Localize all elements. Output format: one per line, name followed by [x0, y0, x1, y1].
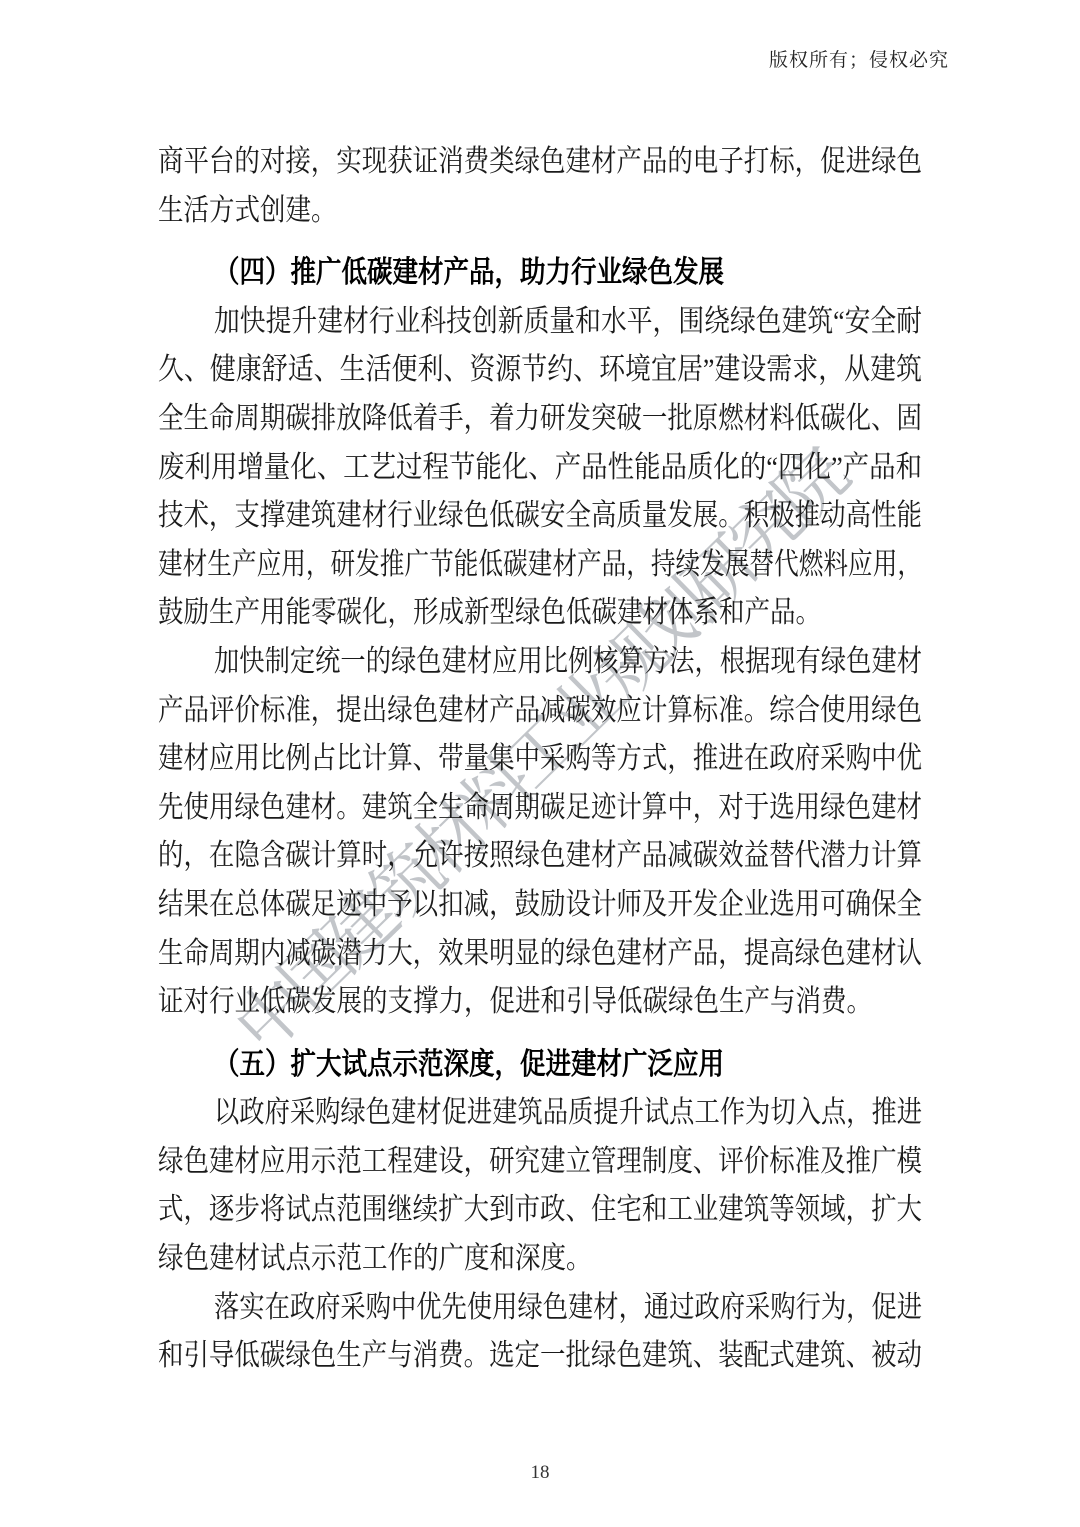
text-line: 鼓励生产用能零碳化，形成新型绿色低碳建材体系和产品。 [158, 589, 922, 638]
text-line: 落实在政府采购中优先使用绿色建材，通过政府采购行为，促进 [158, 1284, 922, 1333]
paragraph: 以政府采购绿色建材促进建筑品质提升试点工作为切入点，推进 绿色建材应用示范工程建… [158, 1089, 922, 1283]
text-line: 式，逐步将试点范围继续扩大到市政、住宅和工业建筑等领域，扩大 [158, 1186, 922, 1235]
text-line: 技术，支撑建筑建材行业绿色低碳安全高质量发展。积极推动高性能 [158, 492, 922, 541]
document-page: 中国建筑材料工业规划研究院 版权所有；侵权必究 商平台的对接，实现获证消费类绿色… [0, 0, 1080, 1527]
paragraph: 商平台的对接，实现获证消费类绿色建材产品的电子打标，促进绿色 生活方式创建。 [158, 138, 922, 235]
text-line: 建材应用比例占比计算、带量集中采购等方式，推进在政府采购中优 [158, 735, 922, 784]
text-line: 结果在总体碳足迹中予以扣减，鼓励设计师及开发企业选用可确保全 [158, 881, 922, 930]
text-line: 废利用增量化、工艺过程节能化、产品性能品质化的“四化”产品和 [158, 444, 922, 493]
section-heading-4: （四）推广低碳建材产品，助力行业绿色发展 [158, 249, 922, 298]
text-line: 全生命周期碳排放降低着手，着力研发突破一批原燃材料低碳化、固 [158, 395, 922, 444]
paragraph: 加快制定统一的绿色建材应用比例核算方法，根据现有绿色建材 产品评价标准，提出绿色… [158, 638, 922, 1027]
text-line: 绿色建材试点示范工作的广度和深度。 [158, 1235, 922, 1284]
text-line: 产品评价标准，提出绿色建材产品减碳效应计算标准。综合使用绿色 [158, 687, 922, 736]
text-line: 商平台的对接，实现获证消费类绿色建材产品的电子打标，促进绿色 [158, 138, 922, 187]
paragraph: 落实在政府采购中优先使用绿色建材，通过政府采购行为，促进 和引导低碳绿色生产与消… [158, 1284, 922, 1381]
paragraph: 加快提升建材行业科技创新质量和水平，围绕绿色建筑“安全耐 久、健康舒适、生活便利… [158, 298, 922, 638]
copyright-notice: 版权所有；侵权必究 [769, 45, 949, 72]
text-line: 证对行业低碳发展的支撑力，促进和引导低碳绿色生产与消费。 [158, 978, 922, 1027]
text-line: 加快提升建材行业科技创新质量和水平，围绕绿色建筑“安全耐 [158, 298, 922, 347]
page-number: 18 [0, 1462, 1080, 1484]
text-line: 和引导低碳绿色生产与消费。选定一批绿色建筑、装配式建筑、被动 [158, 1332, 922, 1381]
text-line: 先使用绿色建材。建筑全生命周期碳足迹计算中，对于选用绿色建材 [158, 784, 922, 833]
text-line: 久、健康舒适、生活便利、资源节约、环境宜居”建设需求，从建筑 [158, 346, 922, 395]
text-line: 建材生产应用，研发推广节能低碳建材产品，持续发展替代燃料应用， [158, 541, 922, 590]
text-line: 以政府采购绿色建材促进建筑品质提升试点工作为切入点，推进 [158, 1089, 922, 1138]
text-line: 绿色建材应用示范工程建设，研究建立管理制度、评价标准及推广模 [158, 1138, 922, 1187]
text-line: 的，在隐含碳计算时，允许按照绿色建材产品减碳效益替代潜力计算 [158, 832, 922, 881]
text-line: 加快制定统一的绿色建材应用比例核算方法，根据现有绿色建材 [158, 638, 922, 687]
text-line: 生命周期内减碳潜力大，效果明显的绿色建材产品，提高绿色建材认 [158, 930, 922, 979]
document-body: 商平台的对接，实现获证消费类绿色建材产品的电子打标，促进绿色 生活方式创建。 （… [158, 138, 922, 1381]
section-heading-5: （五）扩大试点示范深度，促进建材广泛应用 [158, 1041, 922, 1090]
text-line: 生活方式创建。 [158, 187, 922, 236]
